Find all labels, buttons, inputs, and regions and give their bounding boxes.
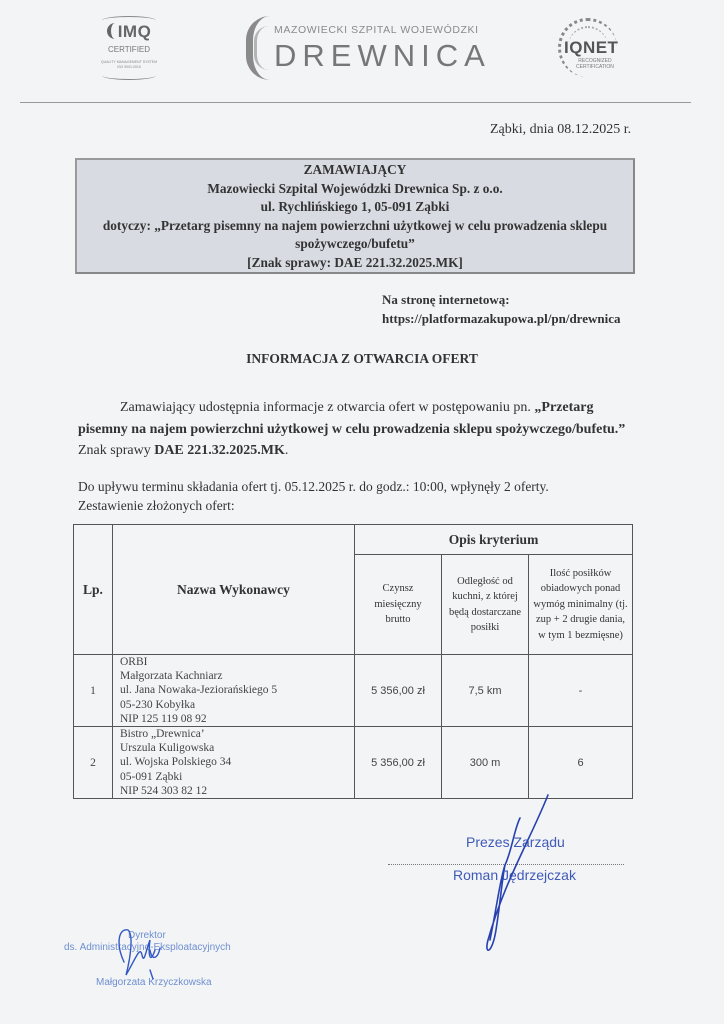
director-stamp-name: Małgorzata Krzyczkowska	[96, 977, 212, 988]
row-meals: -	[529, 655, 633, 727]
deadline-line: Do upływu terminu składania ofert tj. 05…	[78, 477, 549, 496]
letterhead-divider	[20, 102, 691, 103]
hospital-logo-name: DREWNICA	[274, 38, 491, 74]
document-date: Ząbki, dnia 08.12.2025 r.	[490, 122, 631, 138]
row-rent: 5 356,00 zł	[355, 727, 442, 799]
document-title: INFORMACJA Z OTWARCIA OFERT	[0, 351, 724, 367]
iqnet-logo: IQNET RECOGNIZEDCERTIFICATION	[552, 16, 632, 76]
table-row: 1 ORBI Małgorzata Kachniarz ul. Jana Now…	[74, 655, 633, 727]
imq-certified-logo: IMQ CERTIFIED QUALITY MANAGEMENT SYSTEMI…	[96, 16, 162, 80]
orderer-name: Mazowiecki Szpital Wojewódzki Drewnica S…	[77, 180, 633, 199]
row-distance: 7,5 km	[442, 655, 529, 727]
website-block: Na stronę internetową: https://platforma…	[382, 290, 621, 328]
signature-dotted-line	[388, 864, 624, 865]
case-label: Znak sprawy	[78, 443, 154, 458]
website-url[interactable]: https://platformazakupowa.pl/pn/drewnica	[382, 309, 621, 328]
orderer-heading: ZAMAWIAJĄCY	[77, 161, 633, 180]
director-stamp-title: Dyrektor	[128, 930, 166, 941]
orderer-subject-line2: spożywczego/bufetu”	[77, 235, 633, 254]
iqnet-mark: IQNET	[564, 38, 618, 58]
deadline-info: Do upływu terminu składania ofert tj. 05…	[78, 477, 549, 515]
row-contractor: Bistro „Drewnica’ Urszula Kuligowska ul.…	[113, 727, 355, 799]
orderer-case-ref: [Znak sprawy: DAE 221.32.2025.MK]	[77, 254, 633, 273]
imq-certified-label: CERTIFIED	[96, 45, 162, 54]
row-meals: 6	[529, 727, 633, 799]
orderer-address: ul. Rychlińskiego 1, 05-091 Ząbki	[77, 198, 633, 217]
iqnet-caption: RECOGNIZEDCERTIFICATION	[576, 58, 614, 70]
website-label: Na stronę internetową:	[382, 290, 621, 309]
case-value: DAE 221.32.2025.MK	[154, 443, 285, 458]
intro-paragraph: Zamawiający udostępnia informacje z otwa…	[78, 397, 638, 462]
header-distance: Odległość od kuchni, z której będą dosta…	[442, 555, 529, 655]
row-contractor: ORBI Małgorzata Kachniarz ul. Jana Nowak…	[113, 655, 355, 727]
face-profile-icon	[254, 26, 269, 70]
hospital-logo-subtitle: MAZOWIECKI SZPITAL WOJEWÓDZKI	[274, 24, 479, 36]
header-contractor: Nazwa Wykonawcy	[113, 525, 355, 655]
offers-table: Lp. Nazwa Wykonawcy Opis kryterium Czyns…	[73, 524, 633, 799]
intro-text: Zamawiający udostępnia informacje z otwa…	[120, 400, 534, 415]
director-stamp-department: ds. Administracyjno-Eksploatacyjnych	[64, 942, 231, 953]
header-rent: Czynsz miesięczny brutto	[355, 555, 442, 655]
table-row: 2 Bistro „Drewnica’ Urszula Kuligowska u…	[74, 727, 633, 799]
row-lp: 2	[74, 727, 113, 799]
orderer-subject-line1: dotyczy: „Przetarg pisemny na najem powi…	[77, 217, 633, 236]
row-lp: 1	[74, 655, 113, 727]
imq-mark: IMQ	[100, 22, 158, 42]
row-rent: 5 356,00 zł	[355, 655, 442, 727]
header-criteria-group: Opis kryterium	[355, 525, 633, 555]
summary-label: Zestawienie złożonych ofert:	[78, 496, 549, 515]
president-stamp-name: Roman Jędrzejczak	[453, 867, 576, 883]
header-lp: Lp.	[74, 525, 113, 655]
header-meals: Ilość posiłków obiadowych ponad wymóg mi…	[529, 555, 633, 655]
logo-arc	[102, 71, 156, 80]
hospital-logo: MAZOWIECKI SZPITAL WOJEWÓDZKI DREWNICA	[246, 14, 476, 84]
president-stamp-title: Prezes Zarządu	[466, 834, 565, 850]
row-distance: 300 m	[442, 727, 529, 799]
imq-small-text: QUALITY MANAGEMENT SYSTEMISO 9001:2015	[96, 60, 162, 70]
orderer-box: ZAMAWIAJĄCY Mazowiecki Szpital Wojewódzk…	[75, 158, 635, 274]
